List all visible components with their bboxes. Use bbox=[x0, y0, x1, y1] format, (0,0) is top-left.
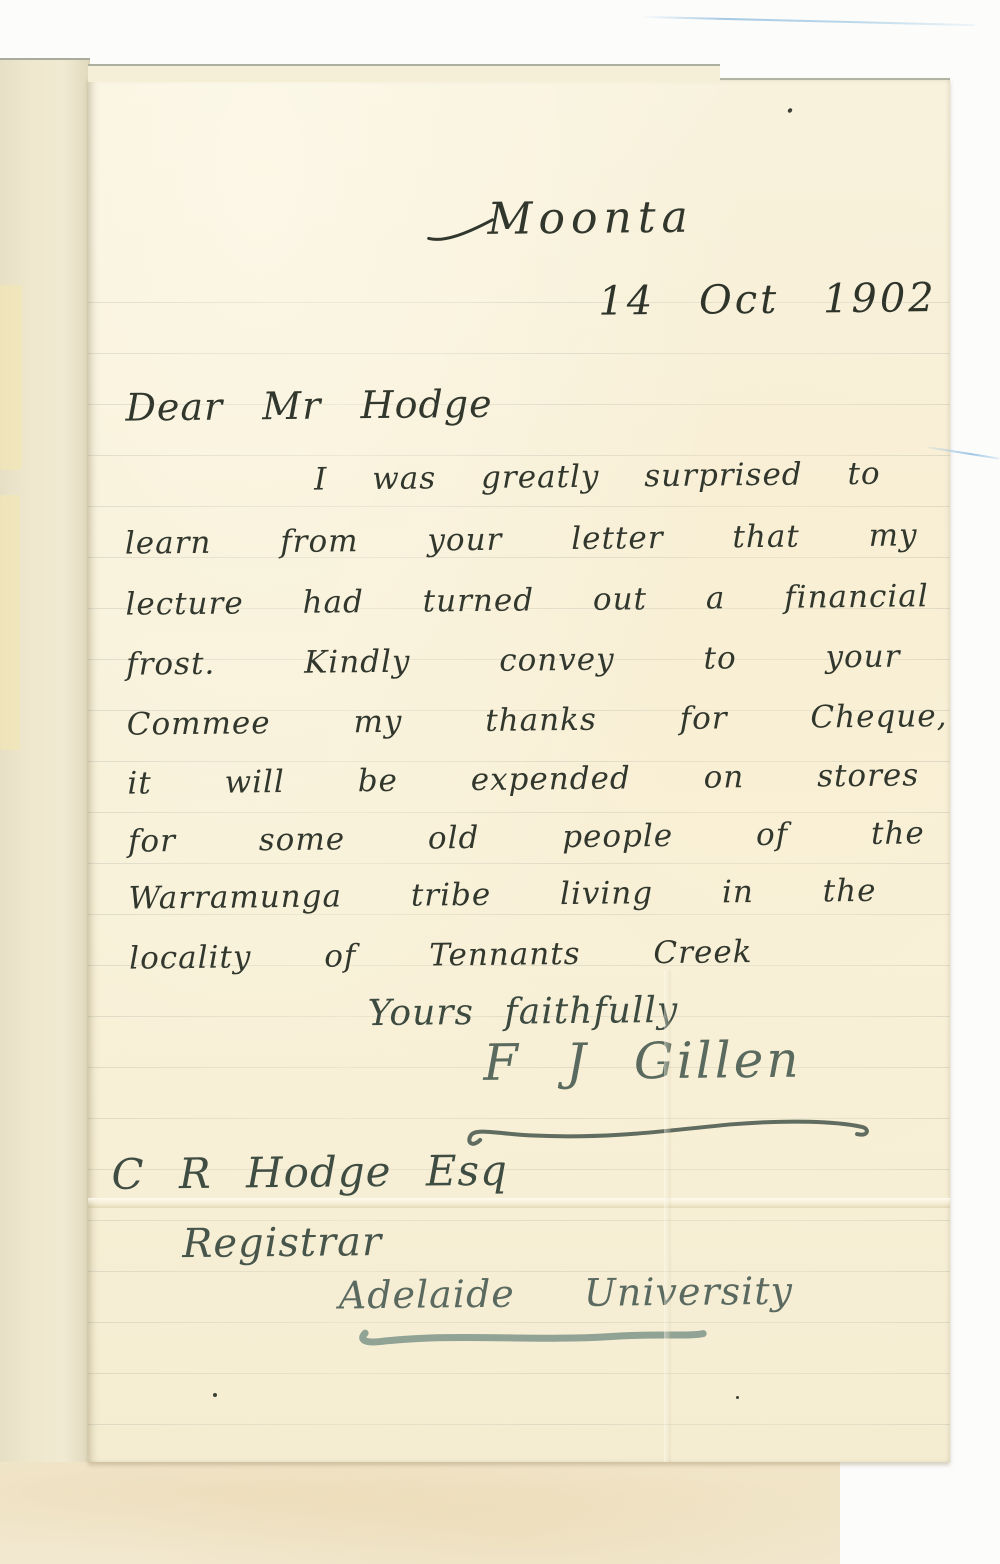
paper-discoloration-patch bbox=[0, 285, 22, 470]
letter-page: Moonta 14 Oct 1902 Dear Mr Hodge I was g… bbox=[88, 78, 950, 1462]
scanned-letter: Moonta 14 Oct 1902 Dear Mr Hodge I was g… bbox=[0, 0, 1000, 1564]
place-lead-in-flourish bbox=[425, 216, 495, 243]
ink-speck bbox=[736, 1396, 739, 1399]
blue-scratch-mark bbox=[640, 16, 975, 26]
ink-speck bbox=[213, 1393, 217, 1397]
letter-place: Moonta bbox=[487, 192, 694, 245]
horizontal-fold-crease bbox=[88, 1198, 950, 1208]
under-sheet bbox=[0, 1452, 840, 1564]
vertical-fold-crease bbox=[664, 970, 671, 1462]
paper-discoloration-patch bbox=[0, 495, 20, 750]
ruled-lines bbox=[88, 252, 950, 1430]
folded-left-flap bbox=[0, 58, 90, 1462]
page-top-edge-sliver bbox=[88, 64, 720, 82]
